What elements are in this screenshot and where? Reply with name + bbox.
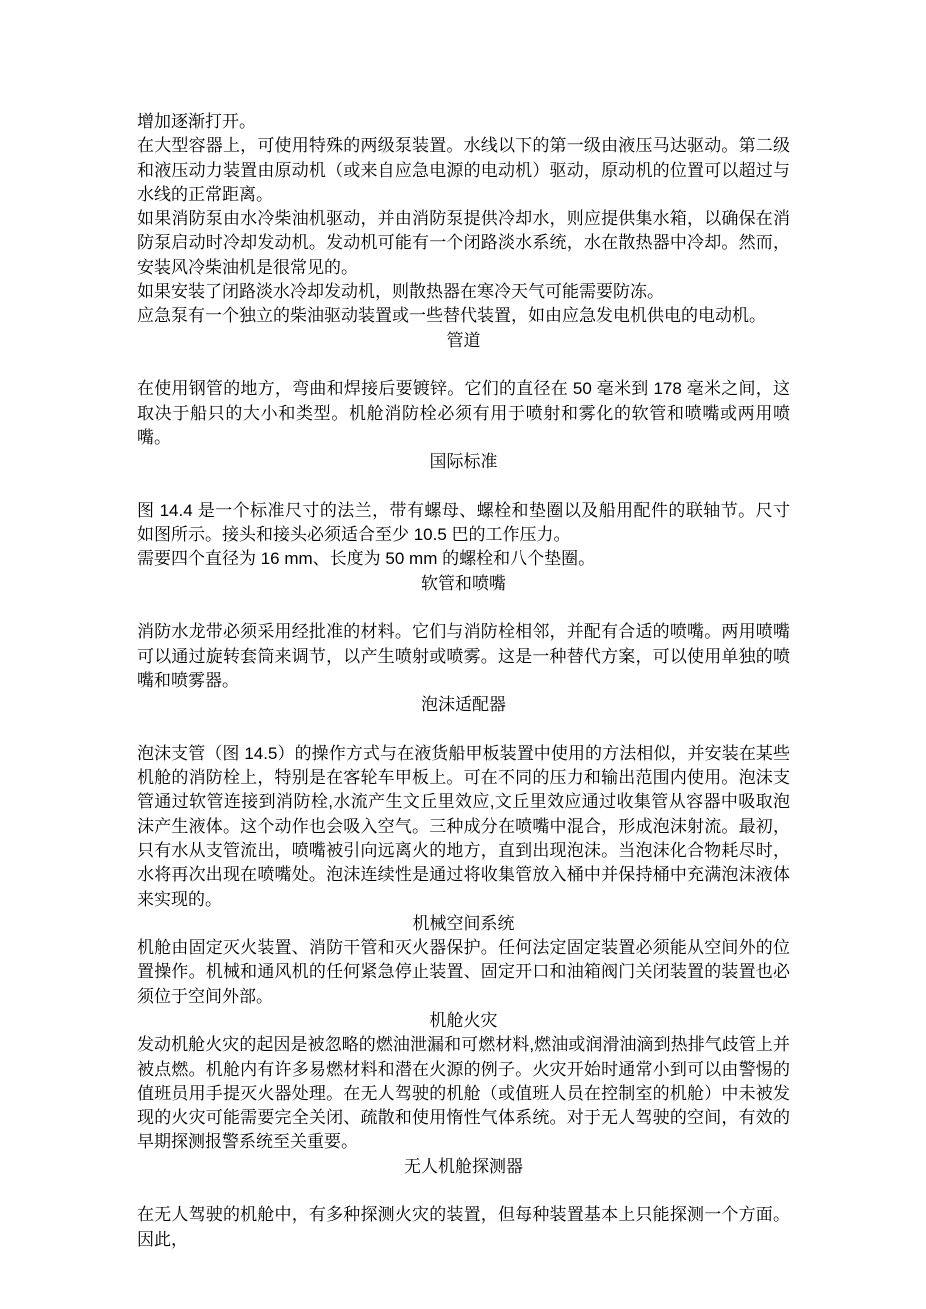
blank-line	[137, 596, 790, 620]
paragraph: 机舱由固定灭火装置、消防干管和灭火器保护。任何法定固定装置必须能从空间外的位置操…	[137, 936, 790, 1009]
paragraph: 发动机舱火灾的起因是被忽略的燃油泄漏和可燃材料,燃油或润滑油滴到热排气歧管上并被…	[137, 1033, 790, 1154]
blank-line	[137, 717, 790, 741]
paragraph: 图 14.4 是一个标准尺寸的法兰，带有螺母、螺栓和垫圈以及船用配件的联轴节。尺…	[137, 499, 790, 548]
section-heading: 管道	[137, 329, 790, 353]
section-heading: 泡沫适配器	[137, 693, 790, 717]
section-heading: 机舱火灾	[137, 1009, 790, 1033]
section-heading: 国际标准	[137, 450, 790, 474]
paragraph: 在使用钢管的地方，弯曲和焊接后要镀锌。它们的直径在 50 毫米到 178 毫米之…	[137, 377, 790, 450]
blank-line	[137, 1179, 790, 1203]
section-heading: 机械空间系统	[137, 912, 790, 936]
paragraph: 应急泵有一个独立的柴油驱动装置或一些替代装置，如由应急发电机供电的电动机。	[137, 304, 790, 328]
paragraph: 如果安装了闭路淡水冷却发动机，则散热器在寒冷天气可能需要防冻。	[137, 280, 790, 304]
paragraph: 如果消防泵由水冷柴油机驱动，并由消防泵提供冷却水，则应提供集水箱，以确保在消防泵…	[137, 207, 790, 280]
paragraph: 增加逐渐打开。	[137, 110, 790, 134]
blank-line	[137, 474, 790, 498]
document-page: 增加逐渐打开。在大型容器上，可使用特殊的两级泵装置。水线以下的第一级由液压马达驱…	[0, 0, 926, 1309]
section-heading: 无人机舱探测器	[137, 1155, 790, 1179]
paragraph: 泡沫支管（图 14.5）的操作方式与在液货船甲板装置中使用的方法相似，并安装在某…	[137, 742, 790, 912]
paragraph: 消防水龙带必须采用经批准的材料。它们与消防栓相邻，并配有合适的喷嘴。两用喷嘴可以…	[137, 620, 790, 693]
blank-line	[137, 353, 790, 377]
paragraph: 需要四个直径为 16 mm、长度为 50 mm 的螺栓和八个垫圈。	[137, 547, 790, 571]
paragraph: 在大型容器上，可使用特殊的两级泵装置。水线以下的第一级由液压马达驱动。第二级和液…	[137, 134, 790, 207]
section-heading: 软管和喷嘴	[137, 572, 790, 596]
paragraph: 在无人驾驶的机舱中，有多种探测火灾的装置，但每种装置基本上只能探测一个方面。因此…	[137, 1203, 790, 1252]
document-body: 增加逐渐打开。在大型容器上，可使用特殊的两级泵装置。水线以下的第一级由液压马达驱…	[137, 110, 790, 1252]
